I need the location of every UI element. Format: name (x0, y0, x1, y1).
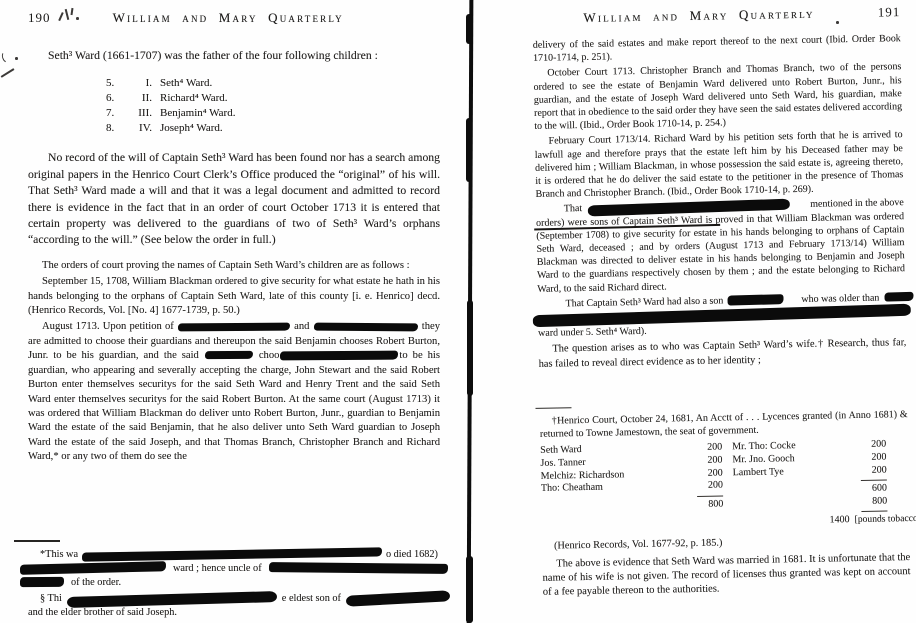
left-running-head: 190 William and Mary Quarterly (28, 10, 440, 26)
child-roman: I. (126, 76, 160, 91)
child-number: 5. (106, 76, 126, 91)
footnote-text: § Thi (40, 592, 62, 606)
redaction-mark (727, 295, 783, 306)
list-item: 6. II. Richard⁴ Ward. (106, 91, 440, 106)
ledger-subtotal-value: 600 (851, 483, 887, 496)
left-running-title: William and Mary Quarterly (51, 10, 407, 26)
footnote-line: § Thi e eldest son of (28, 592, 438, 606)
august-text: choo (254, 350, 280, 361)
ledger-value: 200 (850, 451, 886, 464)
right-page-number: 191 (878, 4, 901, 20)
october-order-paragraph: October Court 1713. Christopher Branch a… (533, 61, 902, 134)
footnote-text: ward ; hence uncle of (173, 562, 262, 576)
ledger-row: Tho: Cheatham 200 (541, 480, 723, 496)
footnote-text: of the order. (71, 576, 121, 590)
older-son-paragraph: That Captain Seth³ Ward had also a son w… (537, 291, 906, 340)
binding-ink-blob (466, 118, 472, 182)
right-running-head: William and Mary Quarterly 191 (532, 4, 900, 27)
footnote-line: *This wa o died 1682) (28, 548, 438, 562)
redaction-mark (20, 577, 64, 587)
september-order-paragraph: September 15, 1708, William Blackman ord… (28, 275, 440, 318)
august-text: to be his guardian, who appearing and se… (28, 350, 440, 462)
sons-proof-text: That (550, 202, 583, 216)
sons-proof-body: orders) were sons of Captain Seth³ Ward … (536, 210, 905, 296)
left-page-number: 190 (28, 10, 51, 26)
redaction-mark (178, 322, 290, 331)
right-footnotes: †Henrico Court, October 24, 1681, An Acc… (539, 401, 910, 600)
ledger-value: 200 (851, 464, 887, 477)
question-paragraph: The question arises as to who was Captai… (538, 336, 906, 372)
child-name: Richard⁴ Ward. (160, 91, 228, 106)
redaction-mark (205, 351, 253, 359)
footnote-section: § Thi e eldest son of and the elder brot… (28, 592, 438, 620)
source-citation: (Henrico Records, Vol. 1677-92, p. 185.) (542, 533, 910, 553)
older-son-text: That Captain Seth³ Ward had also a son (551, 294, 723, 310)
child-roman: II. (126, 91, 160, 106)
binding-ink-blob (466, 556, 473, 623)
list-item: 7. III. Benjamin⁴ Ward. (106, 106, 440, 121)
child-roman: III. (126, 106, 160, 121)
ledger-left-total: 800 (689, 495, 723, 511)
list-item: 5. I. Seth⁴ Ward. (106, 76, 440, 91)
ledger-total-value: 1400 (829, 515, 849, 528)
ledger-total-note: [pounds tobacco] (854, 513, 916, 527)
left-footnotes: *This wa o died 1682) ward ; hence uncle… (28, 540, 438, 620)
child-name: Benjamin⁴ Ward. (160, 106, 235, 121)
ledger-total-value: 800 (689, 498, 723, 511)
pencil-dot (15, 57, 18, 60)
ledger-grand-total: 1400 [pounds tobacco] (829, 513, 909, 527)
footnote-line: of the order. (28, 576, 438, 590)
footnote-text: o died 1682) (386, 548, 438, 562)
no-record-paragraph: No record of the will of Captain Seth³ W… (28, 150, 440, 248)
child-number: 8. (106, 121, 126, 136)
august-text: August 1713. Upon petition of (42, 321, 177, 332)
sons-proof-paragraph: That mentioned in the above orders) were… (536, 197, 906, 296)
footnote-rule (14, 540, 60, 542)
binding-ink-blob (466, 14, 473, 44)
ledger-value: 200 (688, 454, 722, 467)
redaction-mark (269, 562, 448, 574)
august-text: and (291, 321, 313, 332)
ledger-row: Lambert Tye 200 (733, 464, 909, 480)
footnote-rule (535, 407, 571, 409)
book-scan: 190 William and Mary Quarterly Seth³ War… (0, 0, 916, 623)
redaction-mark (280, 350, 398, 360)
footnote-text: *This wa (40, 548, 78, 562)
sum-rule (861, 480, 887, 481)
list-item: 8. IV. Joseph⁴ Ward. (106, 121, 440, 136)
right-page-content: William and Mary Quarterly 191 delivery … (472, 0, 916, 373)
ledger-right-column: Mr. Tho: Cocke 200 Mr. Jno. Gooch 200 La… (732, 438, 910, 529)
orders-intro-paragraph: The orders of court proving the names of… (28, 259, 440, 273)
delivery-paragraph: delivery of the said estates and make re… (533, 32, 901, 65)
redaction-mark (82, 548, 382, 562)
child-number: 6. (106, 91, 126, 106)
child-name: Joseph⁴ Ward. (160, 121, 223, 136)
footnote-dagger: †Henrico Court, October 24, 1681, An Acc… (540, 408, 908, 441)
february-order-paragraph: February Court 1713/14. Richard Ward by … (534, 129, 903, 202)
ledger-value: 200 (850, 439, 886, 452)
final-paragraph: The above is evidence that Seth Ward was… (542, 551, 911, 600)
ledger-value: 200 (688, 442, 722, 455)
redaction-mark (346, 591, 450, 607)
footnote-line: and the elder brother of said Joseph. (28, 606, 438, 620)
redaction-mark (20, 561, 166, 575)
children-list: 5. I. Seth⁴ Ward. 6. II. Richard⁴ Ward. … (106, 76, 440, 136)
child-roman: IV. (126, 121, 160, 136)
footnote-line: ward ; hence uncle of (28, 562, 438, 576)
ledger-right-subtotals: 600 800 (851, 480, 888, 513)
ledger-name: Lambert Tye (733, 465, 851, 480)
redaction-mark (67, 591, 277, 608)
sum-rule (861, 511, 887, 512)
ledger-value: 200 (689, 467, 723, 480)
child-number: 7. (106, 106, 126, 121)
redaction-mark (884, 292, 913, 302)
pencil-dot (76, 17, 79, 20)
ledger-carry-value: 800 (851, 495, 887, 508)
binding-ink-blob (467, 300, 473, 396)
redaction-mark (314, 322, 418, 331)
left-page-content: 190 William and Mary Quarterly Seth³ War… (0, 0, 460, 465)
intro-paragraph: Seth³ Ward (1661-1707) was the father of… (28, 48, 440, 64)
august-order-paragraph: August 1713. Upon petition of and they a… (28, 320, 440, 464)
footnote-asterisk: *This wa o died 1682) ward ; hence uncle… (28, 548, 438, 589)
ink-dot (836, 21, 839, 24)
license-ledger: Seth Ward 200 Jos. Tanner 200 Melchiz: R… (540, 438, 910, 532)
ledger-name: Tho: Cheatham (541, 480, 689, 495)
right-running-title: William and Mary Quarterly (538, 5, 860, 27)
child-name: Seth⁴ Ward. (160, 76, 212, 91)
ledger-value: 200 (689, 480, 723, 493)
right-page: William and Mary Quarterly 191 delivery … (472, 0, 916, 373)
footnote-text: e eldest son of (282, 592, 341, 606)
left-page: 190 William and Mary Quarterly Seth³ War… (0, 0, 460, 465)
sum-rule (697, 495, 723, 496)
ledger-left-column: Seth Ward 200 Jos. Tanner 200 Melchiz: R… (540, 442, 724, 533)
